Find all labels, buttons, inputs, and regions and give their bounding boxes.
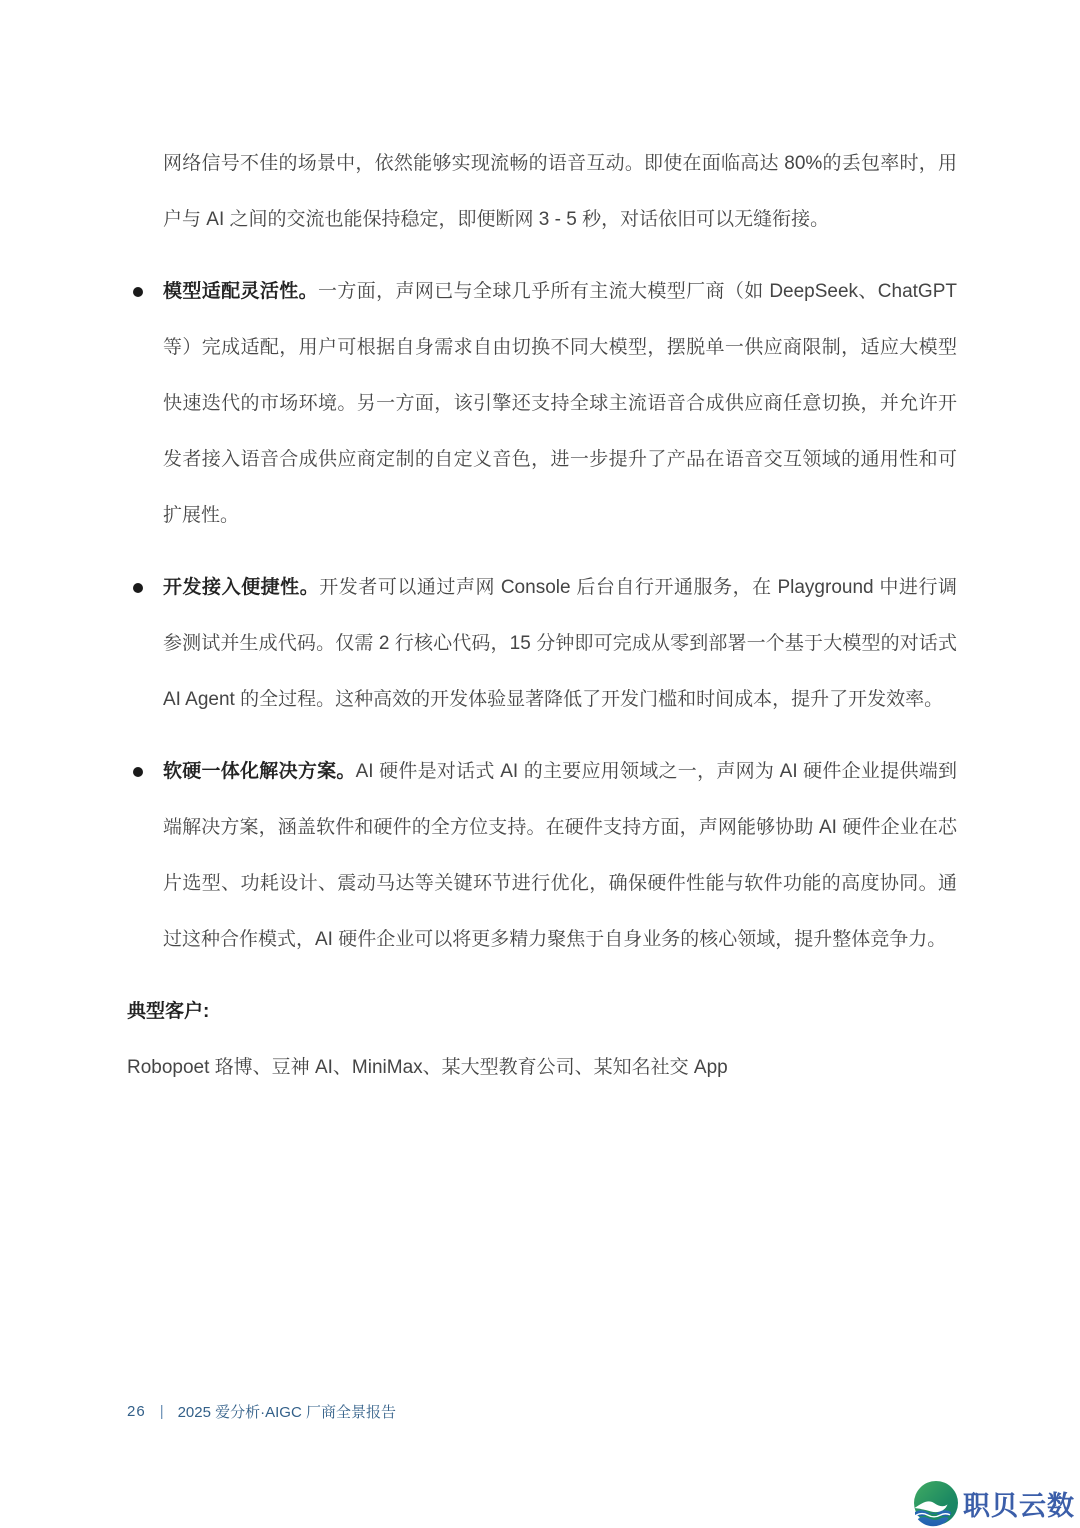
bullet-hw-sw-solution: 软硬一体化解决方案。AI 硬件是对话式 AI 的主要应用领域之一，声网为 AI … (127, 744, 957, 968)
typical-customers-list: Robopoet 珞博、豆神 AI、MiniMax、某大型教育公司、某知名社交 … (127, 1040, 957, 1096)
bullet-title: 开发接入便捷性。 (163, 577, 319, 598)
page-content: 网络信号不佳的场景中，依然能够实现流畅的语音互动。即使在面临高达 80%的丢包率… (127, 136, 957, 1096)
bullet-dev-convenience: 开发接入便捷性。开发者可以通过声网 Console 后台自行开通服务，在 Pla… (127, 560, 957, 728)
lead-paragraph: 网络信号不佳的场景中，依然能够实现流畅的语音互动。即使在面临高达 80%的丢包率… (163, 136, 957, 248)
bullet-title: 软硬一体化解决方案。 (163, 761, 356, 782)
bullet-title: 模型适配灵活性。 (163, 281, 318, 302)
typical-customers-section: 典型客户: Robopoet 珞博、豆神 AI、MiniMax、某大型教育公司、… (127, 984, 957, 1096)
brand-name: 职贝云数 (963, 1484, 1075, 1523)
bullet-dot-icon (133, 767, 143, 777)
brand-logo: 职贝云数 (912, 1479, 1075, 1527)
report-title: 2025 爱分析·AIGC 厂商全景报告 (178, 1401, 396, 1422)
document-page: 网络信号不佳的场景中，依然能够实现流畅的语音互动。即使在面临高达 80%的丢包率… (0, 0, 1080, 1528)
bullet-dot-icon (133, 287, 143, 297)
bullet-text: 一方面，声网已与全球几乎所有主流大模型厂商（如 DeepSeek、ChatGPT… (163, 281, 957, 526)
wave-globe-icon (912, 1479, 960, 1527)
page-number: 26 (127, 1403, 146, 1420)
page-footer: 26 | 2025 爱分析·AIGC 厂商全景报告 (127, 1401, 396, 1422)
bullet-dot-icon (133, 583, 143, 593)
feature-bullet-list: 模型适配灵活性。一方面，声网已与全球几乎所有主流大模型厂商（如 DeepSeek… (127, 264, 957, 968)
bullet-model-flexibility: 模型适配灵活性。一方面，声网已与全球几乎所有主流大模型厂商（如 DeepSeek… (127, 264, 957, 544)
bullet-text: AI 硬件是对话式 AI 的主要应用领域之一，声网为 AI 硬件企业提供端到端解… (163, 761, 957, 950)
footer-separator: | (160, 1403, 164, 1420)
typical-customers-heading: 典型客户: (127, 984, 957, 1040)
